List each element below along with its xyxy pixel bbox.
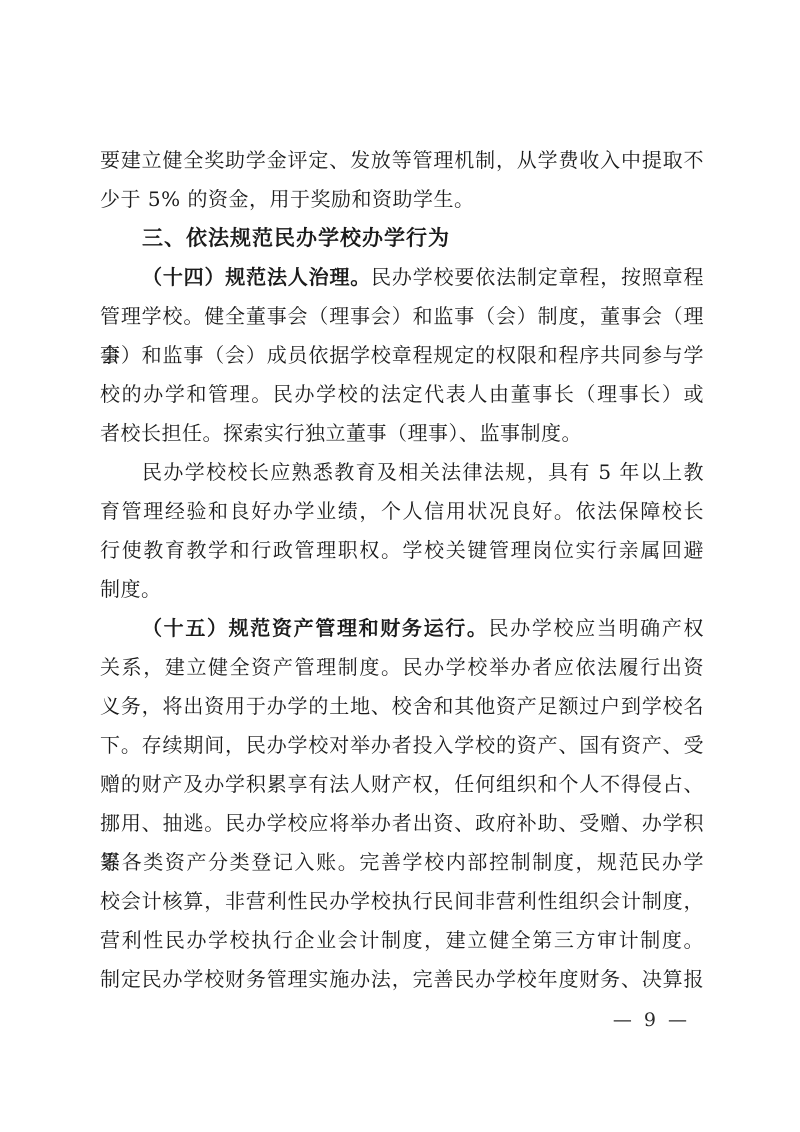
text-line: 校会计核算，非营利性民办学校执行民间非营利性组织会计制度， [100,882,704,921]
document-page: 要建立健全奖助学金评定、发放等管理机制，从学费收入中提取不少于 5% 的资金，用… [0,0,800,1132]
text-line: 会）和监事（会）成员依据学校章程规定的权限和程序共同参与学 [100,336,704,375]
page-number: — 9 — [613,1005,690,1035]
text-line: （十五）规范资产管理和财务运行。民办学校应当明确产权 [100,609,704,648]
text-segment: 下。存续期间，民办学校对举办者投入学校的资产、国有资产、受 [100,733,704,757]
text-segment: 民办学校应当明确产权 [489,616,704,640]
text-line: 营利性民办学校执行企业会计制度，建立健全第三方审计制度。 [100,921,704,960]
text-line: 管理学校。健全董事会（理事会）和监事（会）制度，董事会（理事 [100,297,704,336]
text-line: 义务，将出资用于办学的土地、校舍和其他资产足额过户到学校名 [100,687,704,726]
section-heading: 三、依法规范民办学校办学行为 [100,219,704,258]
text-line: 等各类资产分类登记入账。完善学校内部控制制度，规范民办学 [100,843,704,882]
text-segment: 者校长担任。探索实行独立董事（理事）、监事制度。 [100,421,582,445]
text-line: 关系，建立健全资产管理制度。民办学校举办者应依法履行出资 [100,648,704,687]
text-segment: 会）和监事（会）成员依据学校章程规定的权限和程序共同参与学 [100,343,704,367]
text-segment: 行使教育教学和行政管理职权。学校关键管理岗位实行亲属回避 [100,538,704,562]
text-segment: 制定民办学校财务管理实施办法，完善民办学校年度财务、决算报 [100,967,704,991]
text-line: 校的办学和管理。民办学校的法定代表人由董事长（理事长）或 [100,375,704,414]
text-segment: 民办学校校长应熟悉教育及相关法律法规，具有 5 年以上教 [142,460,704,484]
text-line: 挪用、抽逃。民办学校应将举办者出资、政府补助、受赠、办学积累 [100,804,704,843]
emphasis-text: （十四）规范法人治理。 [142,265,371,289]
text-line: 者校长担任。探索实行独立董事（理事）、监事制度。 [100,414,704,453]
text-segment: 校会计核算，非营利性民办学校执行民间非营利性组织会计制度， [100,889,704,913]
text-content: 要建立健全奖助学金评定、发放等管理机制，从学费收入中提取不少于 5% 的资金，用… [100,141,704,999]
text-line: 下。存续期间，民办学校对举办者投入学校的资产、国有资产、受 [100,726,704,765]
text-line: （十四）规范法人治理。民办学校要依法制定章程，按照章程 [100,258,704,297]
text-segment: 育管理经验和良好办学业绩，个人信用状况良好。依法保障校长 [100,499,704,523]
text-segment: 校的办学和管理。民办学校的法定代表人由董事长（理事长）或 [100,382,704,406]
text-line: 育管理经验和良好办学业绩，个人信用状况良好。依法保障校长 [100,492,704,531]
text-line: 制度。 [100,570,704,609]
text-line: 少于 5% 的资金，用于奖励和资助学生。 [100,180,704,219]
text-line: 赠的财产及办学积累享有法人财产权，任何组织和个人不得侵占、 [100,765,704,804]
text-line: 制定民办学校财务管理实施办法，完善民办学校年度财务、决算报 [100,960,704,999]
text-segment: 赠的财产及办学积累享有法人财产权，任何组织和个人不得侵占、 [100,772,704,796]
text-segment: 营利性民办学校执行企业会计制度，建立健全第三方审计制度。 [100,928,704,952]
text-line: 行使教育教学和行政管理职权。学校关键管理岗位实行亲属回避 [100,531,704,570]
text-segment: 义务，将出资用于办学的土地、校舍和其他资产足额过户到学校名 [100,694,704,718]
text-segment: 民办学校要依法制定章程，按照章程 [371,265,704,289]
text-segment: 关系，建立健全资产管理制度。民办学校举办者应依法履行出资 [100,655,704,679]
text-segment: 制度。 [100,577,162,601]
text-segment: 等各类资产分类登记入账。完善学校内部控制制度，规范民办学 [100,850,704,874]
text-segment: 少于 5% 的资金，用于奖励和资助学生。 [100,187,474,211]
text-line: 要建立健全奖助学金评定、发放等管理机制，从学费收入中提取不 [100,141,704,180]
emphasis-text: 三、依法规范民办学校办学行为 [142,226,450,250]
text-line: 民办学校校长应熟悉教育及相关法律法规，具有 5 年以上教 [100,453,704,492]
emphasis-text: （十五）规范资产管理和财务运行。 [142,616,489,640]
text-segment: 要建立健全奖助学金评定、发放等管理机制，从学费收入中提取不 [100,148,704,172]
